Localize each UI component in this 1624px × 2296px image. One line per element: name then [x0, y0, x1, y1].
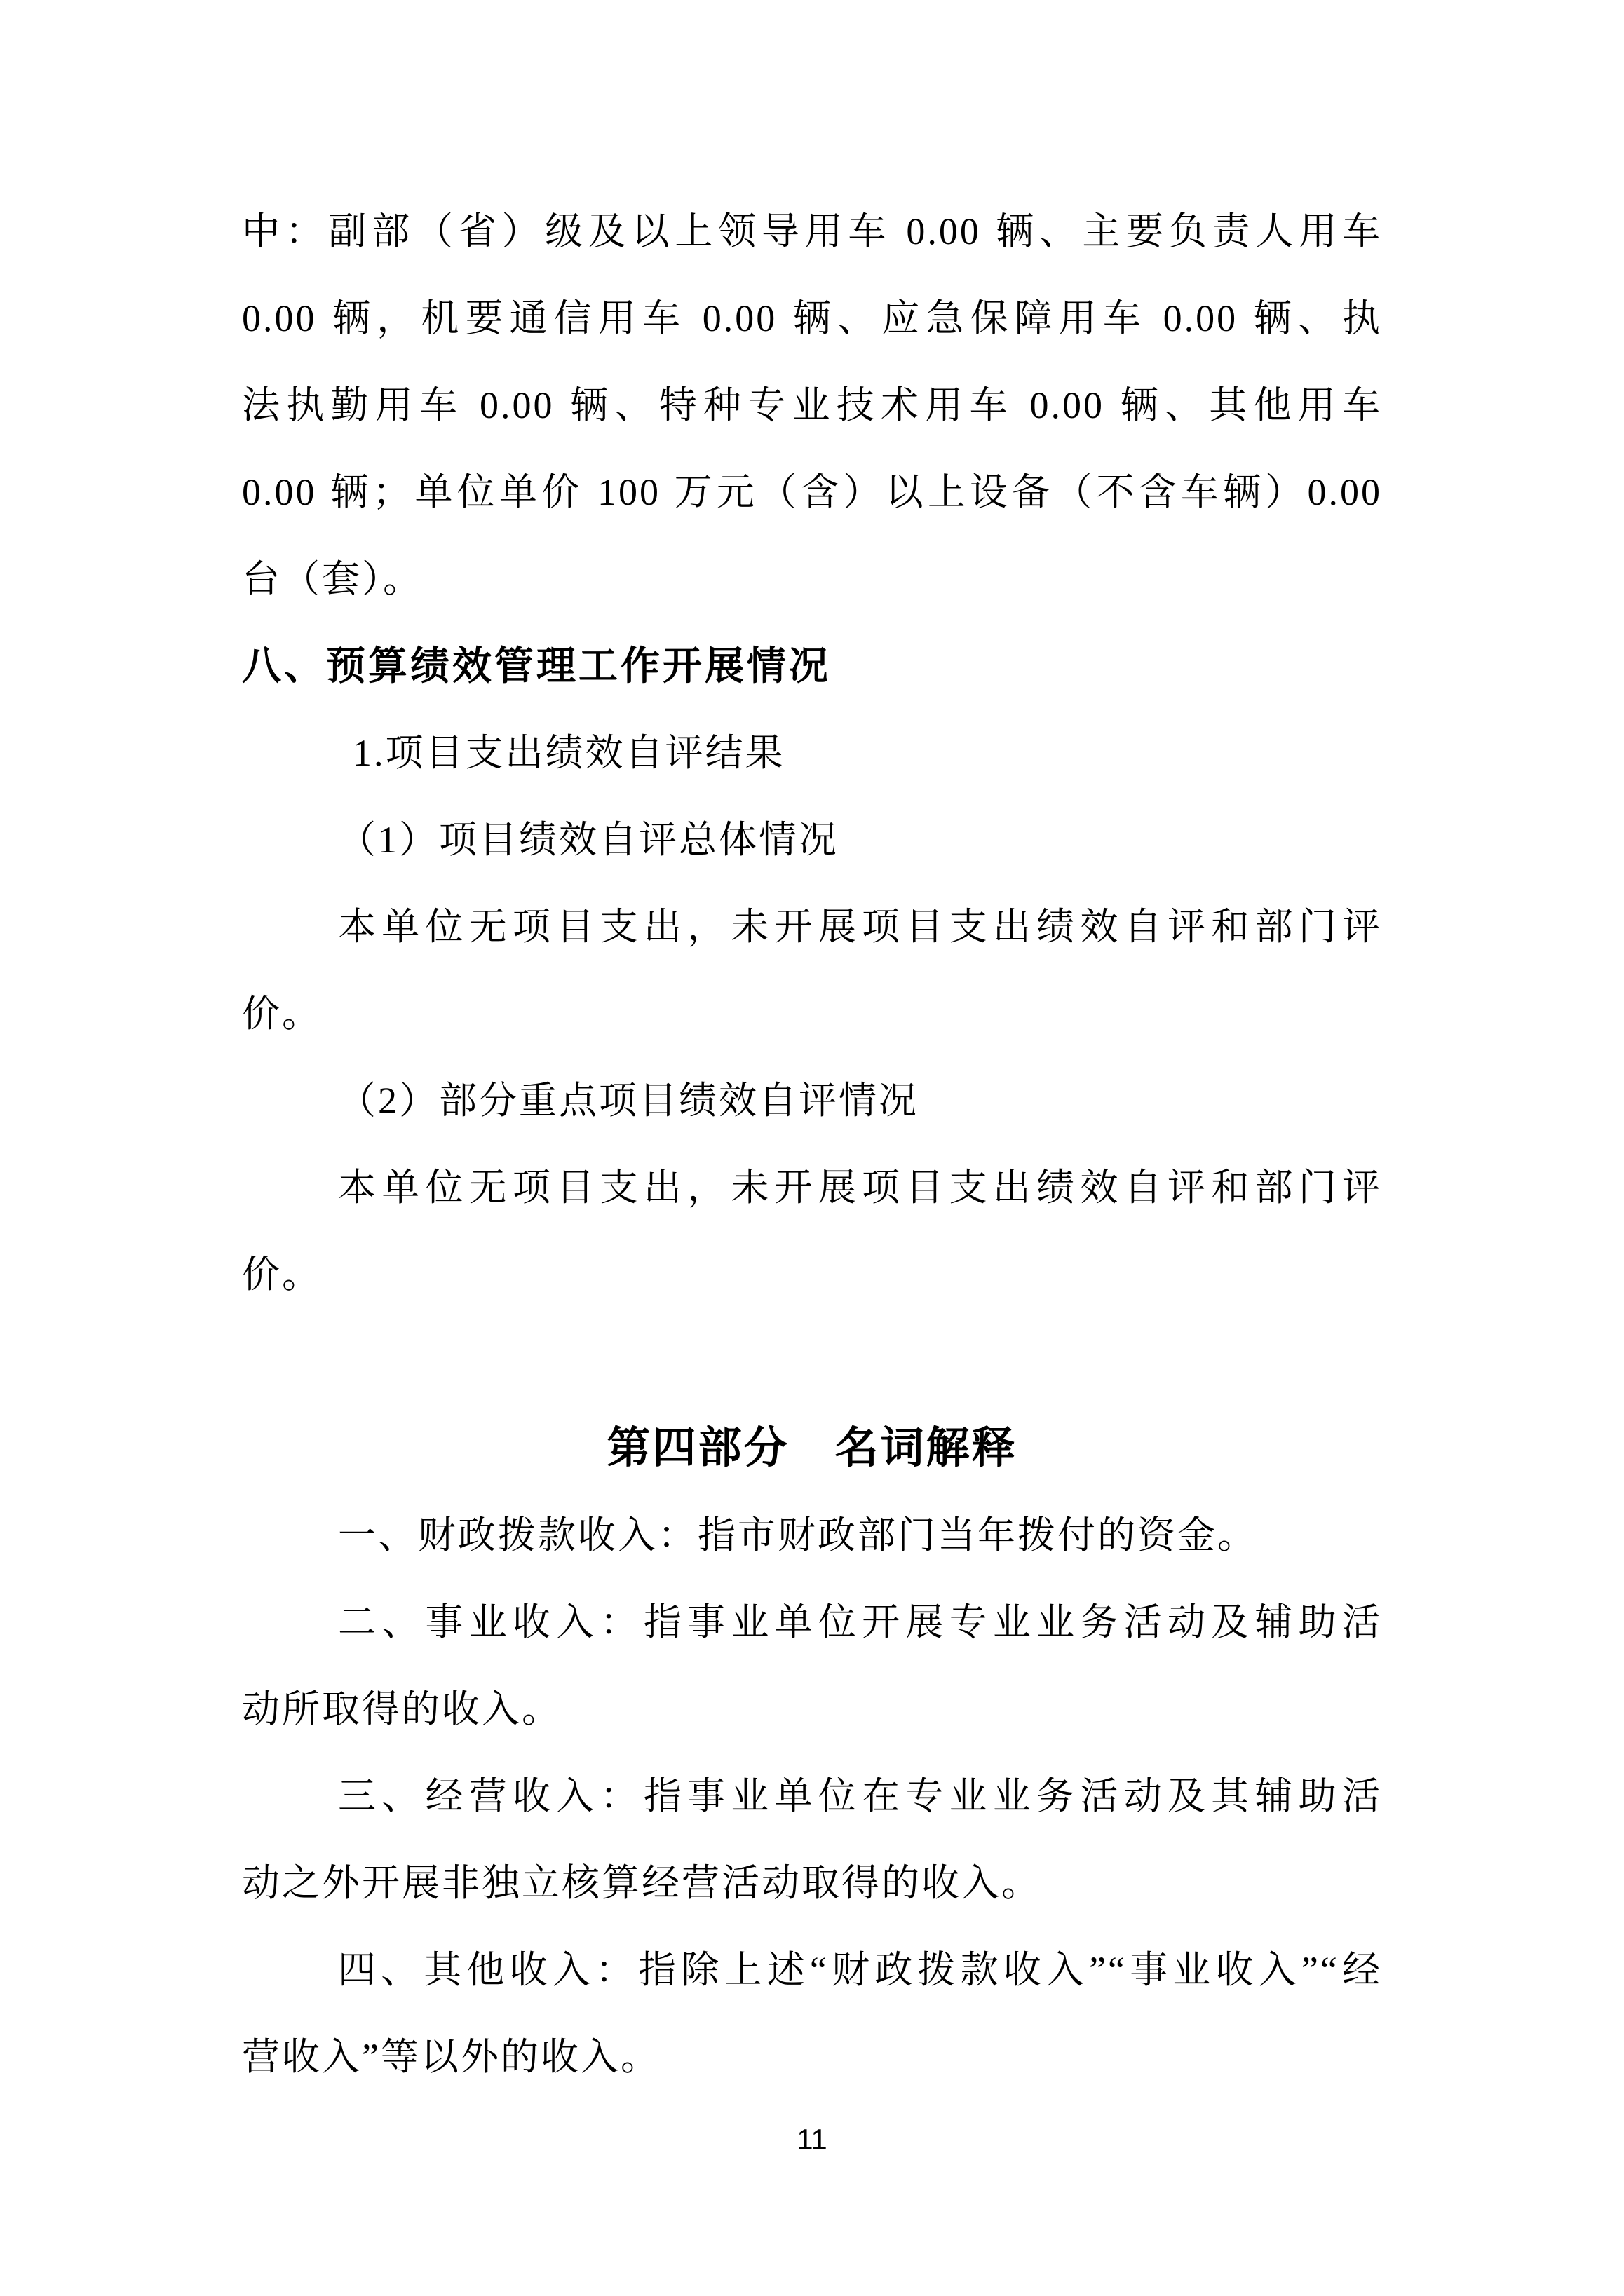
- section-heading: 八、预算绩效管理工作开展情况: [242, 623, 1382, 709]
- text-line: 0.00 辆，机要通信用车 0.00 辆、应急保障用车 0.00 辆、执: [242, 275, 1382, 362]
- text-line: 动之外开展非独立核算经营活动取得的收入。: [242, 1840, 1382, 1927]
- part-heading: 第四部分 名词解释: [242, 1405, 1382, 1492]
- text-line: 本单位无项目支出，未开展项目支出绩效自评和部门评: [242, 1144, 1382, 1231]
- text-line: （2）部分重点项目绩效自评情况: [242, 1057, 1382, 1144]
- text-line: （1）项目绩效自评总体情况: [242, 796, 1382, 883]
- text-line: 四、其他收入：指除上述“财政拨款收入”“事业收入”“经: [242, 1927, 1382, 2013]
- text-line: 价。: [242, 970, 1382, 1057]
- page-number: 11: [0, 2123, 1624, 2156]
- text-line: 价。: [242, 1231, 1382, 1318]
- text-line: 1.项目支出绩效自评结果: [242, 709, 1382, 796]
- text-line: 法执勤用车 0.00 辆、特种专业技术用车 0.00 辆、其他用车: [242, 362, 1382, 449]
- text-line: 0.00 辆；单位单价 100 万元（含）以上设备（不含车辆）0.00: [242, 449, 1382, 536]
- document-page: 中：副部（省）级及以上领导用车 0.00 辆、主要负责人用车0.00 辆，机要通…: [0, 0, 1624, 2296]
- document-body: 中：副部（省）级及以上领导用车 0.00 辆、主要负责人用车0.00 辆，机要通…: [242, 188, 1382, 2100]
- text-line: 动所取得的收入。: [242, 1666, 1382, 1753]
- text-line: 营收入”等以外的收入。: [242, 2013, 1382, 2100]
- text-line: 中：副部（省）级及以上领导用车 0.00 辆、主要负责人用车: [242, 188, 1382, 275]
- text-line: 本单位无项目支出，未开展项目支出绩效自评和部门评: [242, 883, 1382, 970]
- text-line: 二、事业收入：指事业单位开展专业业务活动及辅助活: [242, 1579, 1382, 1666]
- text-line: 三、经营收入：指事业单位在专业业务活动及其辅助活: [242, 1753, 1382, 1840]
- text-line: 一、财政拨款收入：指市财政部门当年拨付的资金。: [242, 1492, 1382, 1579]
- text-line: 台（套）。: [242, 536, 1382, 623]
- blank-line: [242, 1318, 1382, 1405]
